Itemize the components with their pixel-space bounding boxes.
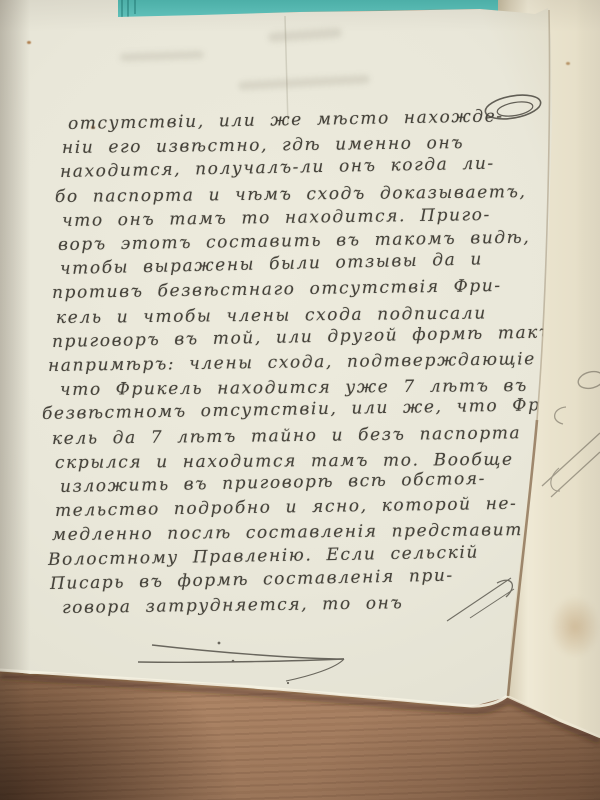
manuscript-line: говора затрудняется, то онъ: [62, 591, 404, 620]
ink-showthrough: [268, 27, 343, 42]
teal-folder-crease: [121, 0, 123, 17]
teal-folder-crease: [134, 0, 136, 14]
teal-folder-crease: [127, 0, 129, 17]
manuscript-photo: отсутствіи, или же мѣсто нахожде-ніи его…: [0, 0, 600, 800]
paper-speck: [27, 41, 31, 44]
ink-showthrough: [238, 75, 370, 91]
manuscript-line: кель да 7 лѣтъ тайно и безъ паспорта: [52, 421, 522, 451]
paper-speck: [566, 62, 570, 65]
ink-showthrough: [120, 51, 204, 62]
manuscript-line: противъ безвѣстнаго отсутствія Фри-: [52, 274, 502, 305]
age-stain: [550, 596, 600, 658]
